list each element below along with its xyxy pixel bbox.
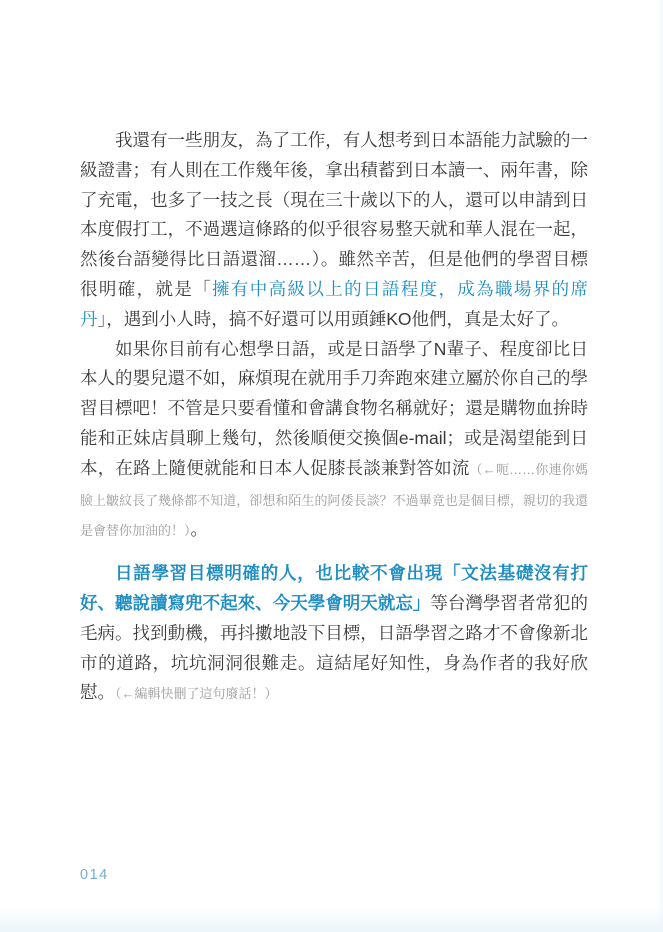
paragraph-1: 我還有一些朋友，為了工作，有人想考到日本語能力試驗的一級證書；有人則在工作幾年後…: [80, 126, 588, 335]
scan-edge-right: [657, 0, 663, 932]
paragraph-3: 日語學習目標明確的人，也比較不會出現「文法基礎沒有打好、聽說讀寫兜不起來、今天學…: [80, 559, 588, 709]
text-run: 如果你目前有心想學日語，或是日語學了N輩子、程度卻比日本人的嬰兒還不如，麻煩現在…: [80, 339, 588, 478]
text-run: 」，遇到小人時，搞不好還可以用頭錘KO他們，真是太好了。: [98, 309, 570, 329]
text-run: 我還有一些朋友，為了工作，有人想考到日本語能力試驗的一級證書；有人則在工作幾年後…: [80, 130, 588, 299]
text-run-aside: （←編輯快刪了這句廢話！）: [115, 686, 278, 701]
body-text: 我還有一些朋友，為了工作，有人想考到日本語能力試驗的一級證書；有人則在工作幾年後…: [80, 126, 588, 709]
page-number: 014: [80, 867, 109, 883]
scan-edge-bottom: [0, 906, 663, 932]
book-page: 我還有一些朋友，為了工作，有人想考到日本語能力試驗的一級證書；有人則在工作幾年後…: [0, 0, 663, 932]
paragraph-2: 如果你目前有心想學日語，或是日語學了N輩子、程度卻比日本人的嬰兒還不如，麻煩現在…: [80, 335, 588, 547]
text-run: 。: [191, 519, 209, 539]
